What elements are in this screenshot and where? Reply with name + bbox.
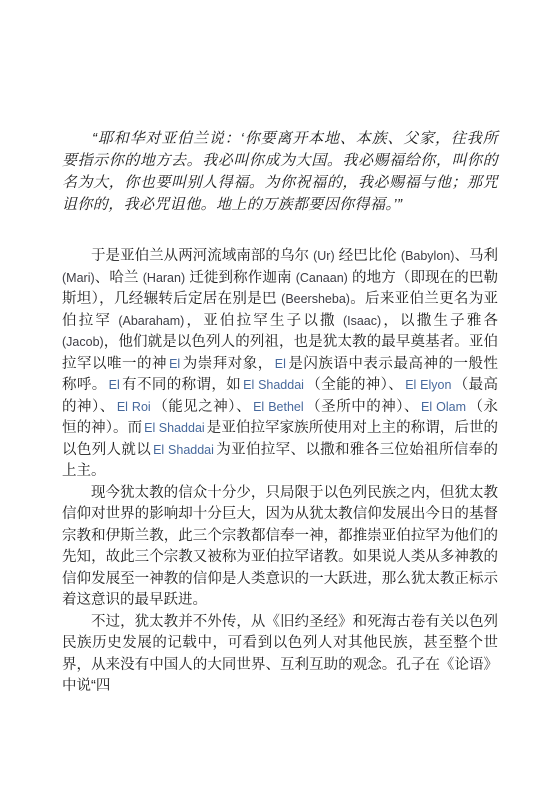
- latin-transliteration-text: (Ur): [313, 249, 335, 263]
- el-name-text: El: [109, 378, 120, 392]
- latin-transliteration-text: (Canaan): [296, 271, 348, 285]
- el-name-text: El Shaddai: [144, 421, 205, 435]
- el-name-text: El Bethel: [253, 400, 304, 414]
- latin-transliteration-text: (Haran): [143, 271, 185, 285]
- cjk-text: ，亚伯拉罕生子以撒: [184, 313, 343, 329]
- latin-transliteration-text: (Jacob): [62, 335, 104, 349]
- paragraph-body: 不过，犹太教并不外传，从《旧约圣经》和死海古卷有关以色列民族历史发展的记载中，可…: [62, 612, 498, 698]
- latin-transliteration-text: (Abaraham): [118, 314, 184, 328]
- paragraph-body: 现今犹太教的信众十分少，只局限于以色列民族之内，但犹太教信仰对世界的影响却十分巨…: [62, 483, 498, 612]
- cjk-text: 、马利: [454, 248, 498, 264]
- el-name-text: El Roi: [117, 400, 151, 414]
- latin-transliteration-text: (Isaac): [343, 314, 381, 328]
- cjk-text: （能见之神）、: [153, 399, 251, 415]
- el-name-text: El: [275, 357, 286, 371]
- latin-transliteration-text: (Mari): [62, 271, 95, 285]
- cjk-text: 为崇拜对象，: [182, 356, 273, 372]
- cjk-text: （全能的神）、: [306, 377, 403, 393]
- cjk-text: “耶和华对亚伯兰说：‘你要离开本地、本族、父家，往我所要指示你的地方去。我必叫你…: [62, 130, 498, 213]
- cjk-text: ，以撒生子雅各: [381, 313, 498, 329]
- paragraph-quote: “耶和华对亚伯兰说：‘你要离开本地、本族、父家，往我所要指示你的地方去。我必叫你…: [62, 128, 498, 216]
- cjk-text: 迁徙到称作迦南: [185, 270, 296, 286]
- latin-transliteration-text: (Beersheba): [281, 292, 350, 306]
- cjk-text: 经巴比伦: [335, 248, 401, 264]
- latin-transliteration-text: (Babylon): [401, 249, 455, 263]
- cjk-text: 有不同的称谓，如: [122, 377, 241, 393]
- cjk-text: 、哈兰: [95, 270, 143, 286]
- cjk-text: 不过，犹太教并不外传，从《旧约圣经》和死海古卷有关以色列民族历史发展的记载中，可…: [62, 614, 498, 695]
- paragraph-body: 于是亚伯兰从两河流域南部的乌尔 (Ur) 经巴比伦 (Babylon)、马利 (…: [62, 246, 498, 483]
- el-name-text: El Shaddai: [153, 443, 214, 457]
- cjk-text: （圣所中的神）、: [306, 399, 419, 415]
- cjk-text: 于是亚伯兰从两河流域南部的乌尔: [91, 248, 313, 264]
- el-name-text: El Elyon: [405, 378, 451, 392]
- document-body: “耶和华对亚伯兰说：‘你要离开本地、本族、父家，往我所要指示你的地方去。我必叫你…: [62, 128, 498, 698]
- document-page: “耶和华对亚伯兰说：‘你要离开本地、本族、父家，往我所要指示你的地方去。我必叫你…: [0, 0, 560, 793]
- el-name-text: El: [169, 357, 180, 371]
- el-name-text: El Olam: [421, 400, 466, 414]
- el-name-text: El Shaddai: [243, 378, 304, 392]
- cjk-text: 现今犹太教的信众十分少，只局限于以色列民族之内，但犹太教信仰对世界的影响却十分巨…: [62, 485, 498, 609]
